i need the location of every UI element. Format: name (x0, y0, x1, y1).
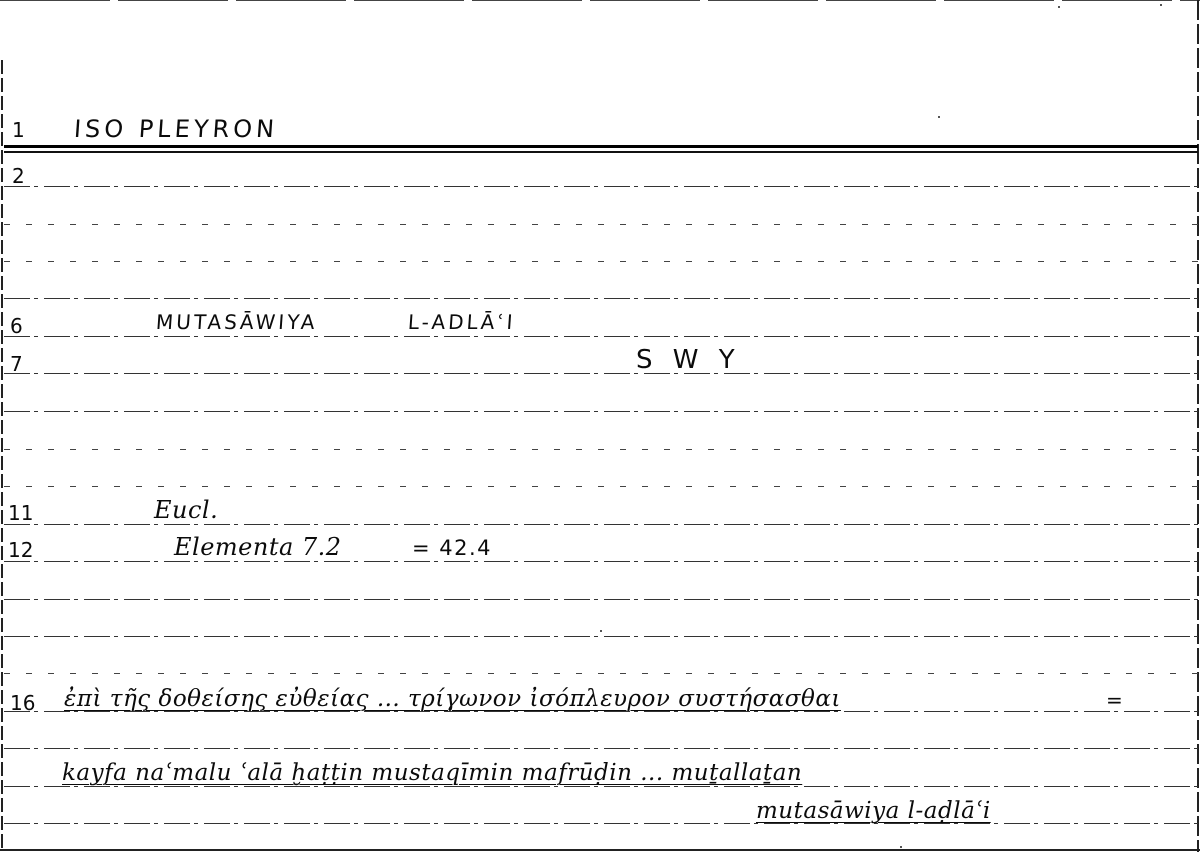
card-bottom-edge (0, 849, 1200, 851)
header-rule-bottom (4, 151, 1198, 153)
index-card: 1 ISO PLEYRON 2 6 MUTASĀWIYA L-ADLĀʿI 7 … (0, 0, 1200, 852)
card-left-edge (1, 60, 3, 850)
source-equivalence: = 42.4 (412, 538, 492, 559)
source-author: Eucl. (154, 498, 218, 522)
ruled-line-11 (4, 524, 1198, 525)
line-number-1: 1 (12, 120, 25, 140)
ruled-line-14 (4, 636, 1198, 637)
ruled-line-2 (4, 186, 1198, 187)
header-rule-top (4, 145, 1198, 148)
ruled-line-4 (4, 261, 1198, 262)
ruled-line-10 (4, 486, 1198, 487)
ruled-line-9 (4, 449, 1198, 450)
ruled-line-8 (4, 411, 1198, 412)
ruled-line-6 (4, 336, 1198, 337)
line-number-2: 2 (12, 166, 25, 186)
ruled-line-7 (4, 373, 1198, 374)
card-top-edge (0, 0, 1200, 1)
scan-speck (600, 630, 602, 632)
line-number-11: 11 (8, 503, 33, 523)
arabic-term-caps-2: L-ADLĀʿI (407, 312, 516, 332)
scan-speck (1160, 4, 1162, 6)
greek-passage: ἐπὶ τῆς δοθείσης εὐθείας ... τρίγωνον ἰσ… (64, 688, 841, 711)
arabic-root: S W Y (636, 347, 741, 373)
entry-title: ISO PLEYRON (73, 117, 279, 141)
arabic-transliteration-1: kayfa naʿmalu ʿalā ḫaṭṭin mustaqīmin maf… (62, 762, 802, 785)
scan-speck (938, 116, 940, 118)
line-number-12: 12 (8, 540, 33, 560)
ruled-line-15 (4, 673, 1198, 674)
arabic-transliteration-2: mutasāwiya l-aḍlāʿi (756, 800, 991, 823)
ruled-line-19 (4, 823, 1198, 824)
line-number-6: 6 (10, 316, 23, 336)
line-number-7: 7 (10, 354, 23, 374)
ruled-line-13 (4, 599, 1198, 600)
ruled-line-17 (4, 748, 1198, 749)
arabic-term-caps-1: MUTASĀWIYA (155, 312, 318, 332)
greek-equals: = (1106, 690, 1124, 710)
ruled-line-5 (4, 298, 1198, 299)
ruled-line-12 (4, 561, 1198, 562)
scan-speck (900, 846, 902, 848)
ruled-line-18 (4, 786, 1198, 787)
source-work: Elementa 7.2 (174, 535, 342, 559)
line-number-16: 16 (10, 693, 35, 713)
card-right-edge (1197, 0, 1199, 852)
ruled-line-3 (4, 224, 1198, 225)
scan-speck (1058, 6, 1060, 8)
